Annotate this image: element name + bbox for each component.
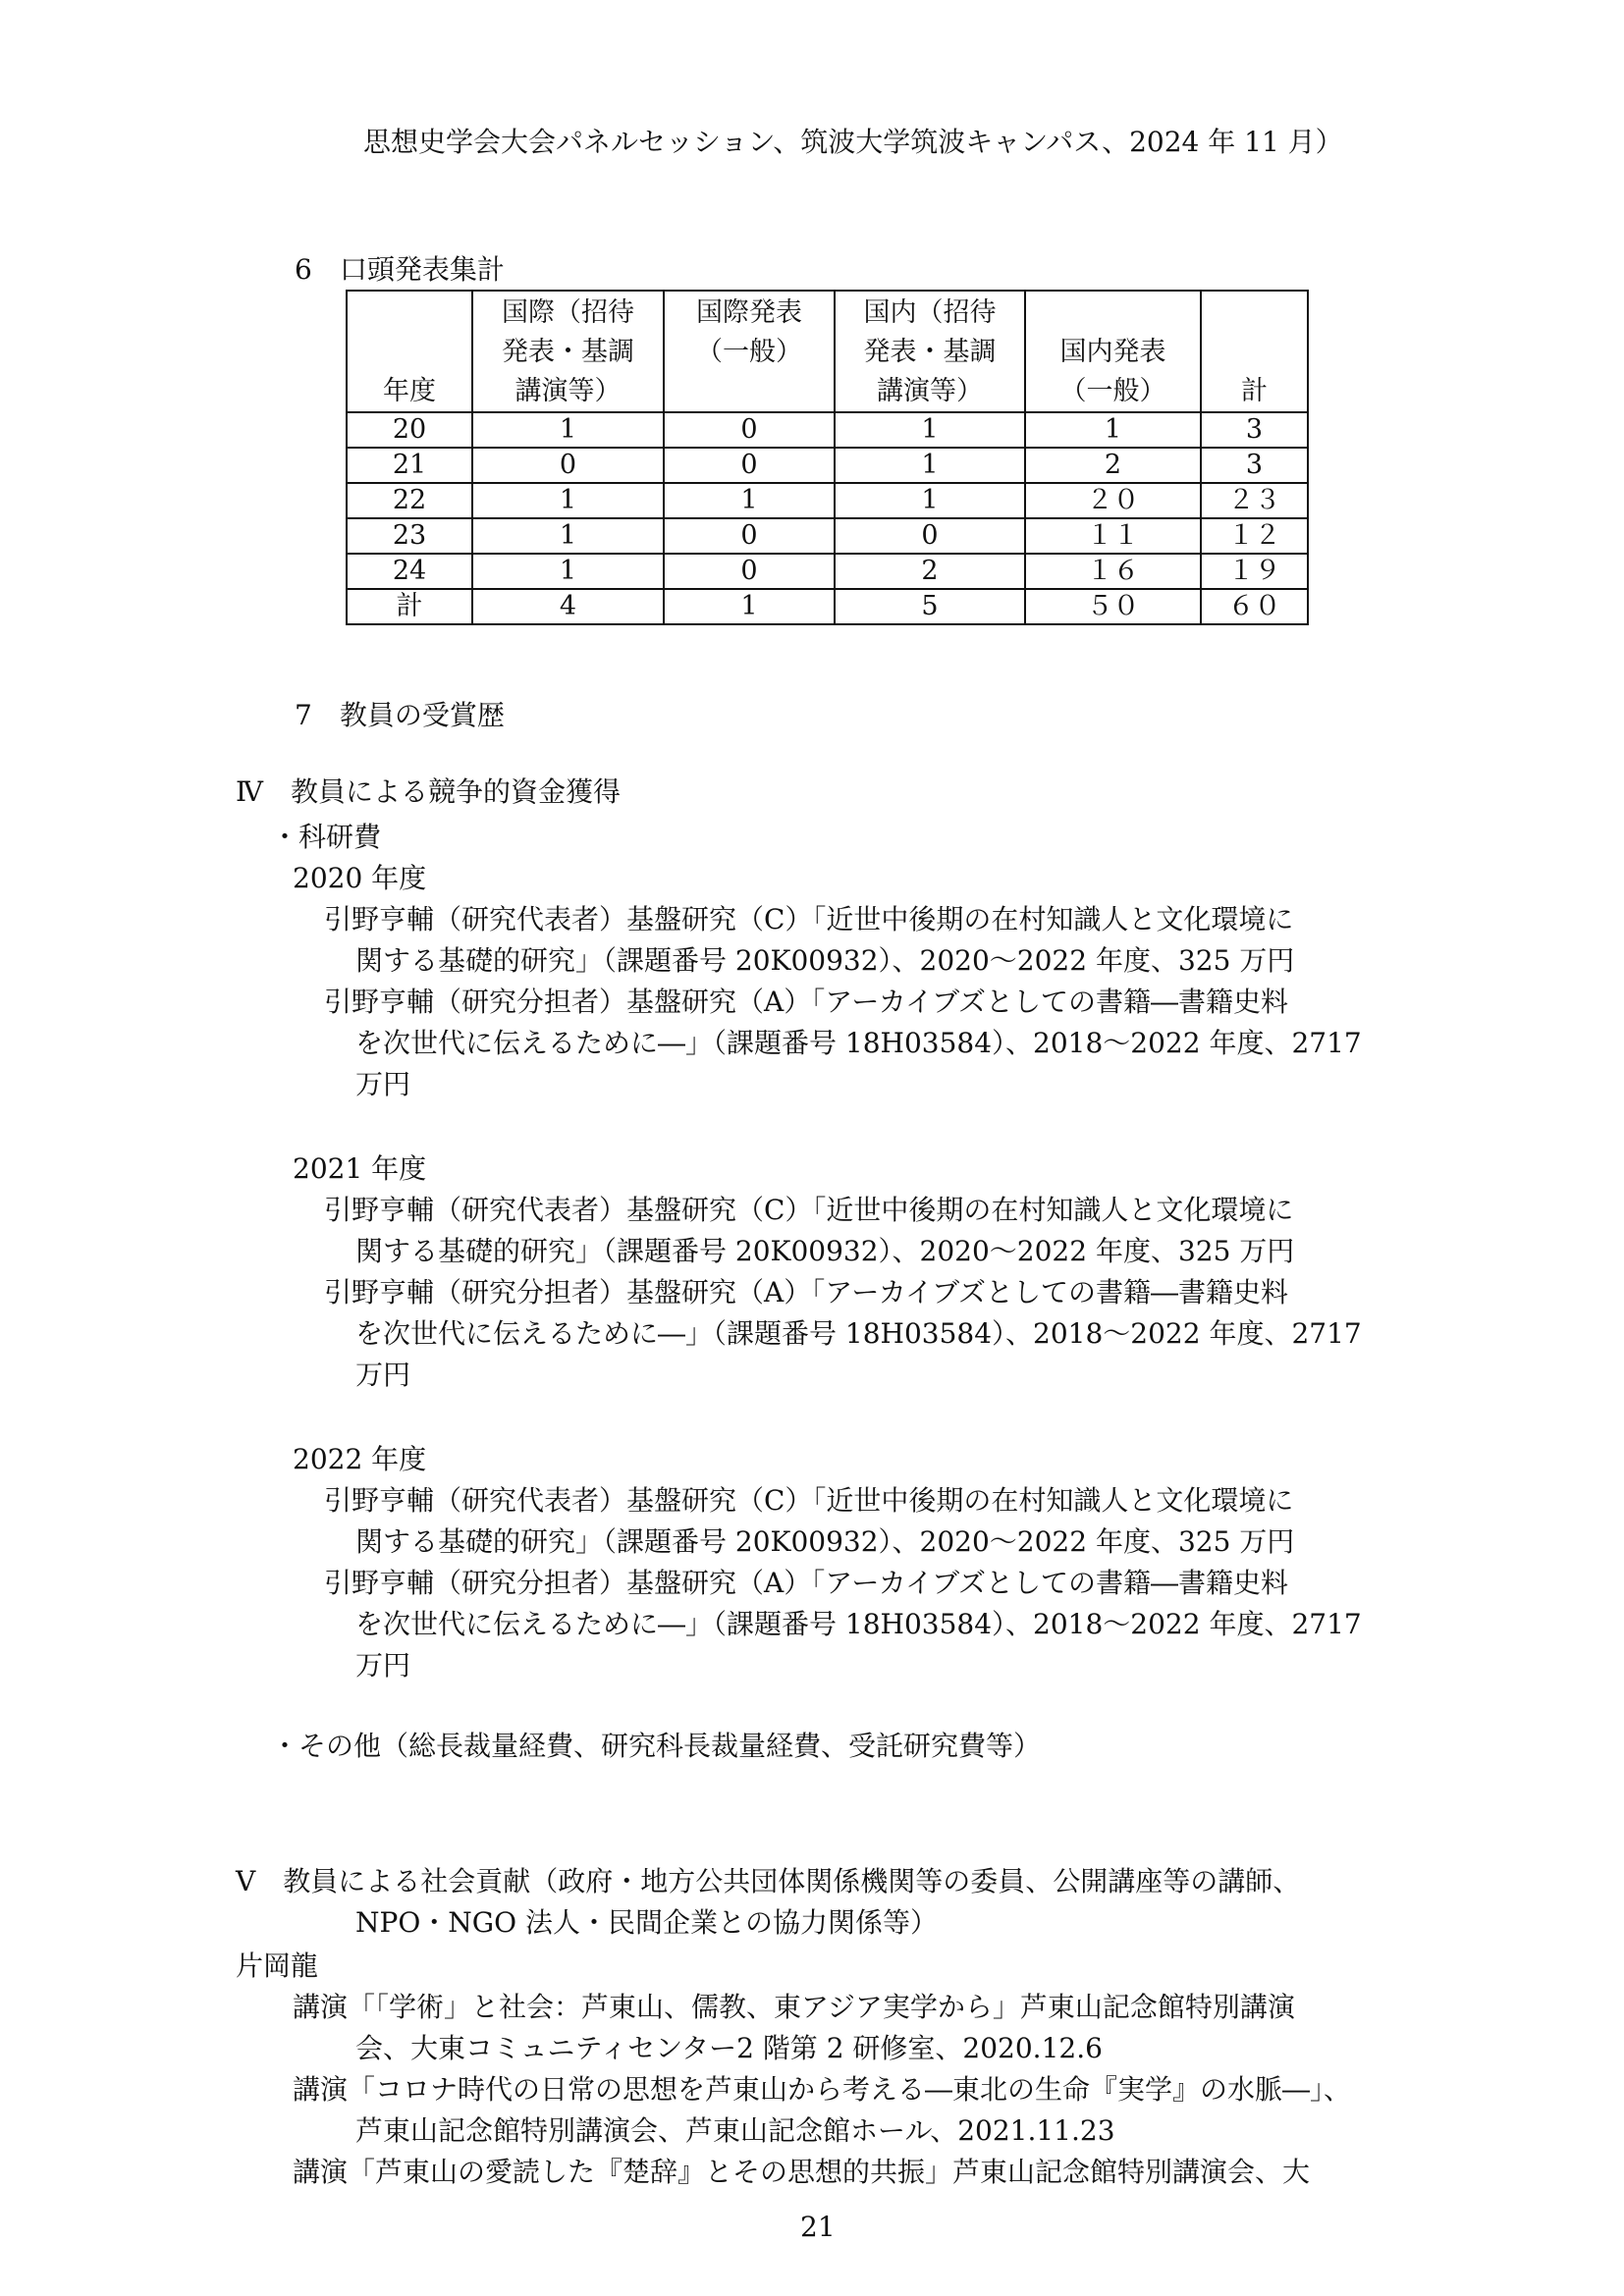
section-v-title: Ⅴ 教員による社会貢献（政府・地方公共団体関係機関等の委員、公開講座等の講師、 [236,1865,1300,1898]
grant-entry-line: 引野亨輔（研究分担者）基盤研究（A）「アーカイブズとしての書籍―書籍史料 [324,1276,1288,1309]
table-row: 23 1 0 0 １１ １２ [347,518,1308,554]
other-funding-label: ・その他（総長裁量経費、研究科長裁量経費、受託研究費等） [271,1730,1041,1763]
col-header-intl-general: 国際発表（一般） [664,291,835,412]
cell: 1 [664,589,835,624]
col-header-intl-invited: 国際（招待発表・基調講演等） [472,291,664,412]
table-row: 20 1 0 1 1 3 [347,412,1308,448]
lecture-entry-line: 会、大東コミュニティセンター2 階第 2 研修室、2020.12.6 [355,2032,1103,2065]
cell: １９ [1201,554,1308,589]
cell: 0 [664,412,835,448]
grant-entry-line: 引野亨輔（研究代表者）基盤研究（C）「近世中後期の在村知識人と文化環境に [324,1194,1293,1227]
cell: 20 [347,412,472,448]
cell: 1 [835,412,1025,448]
cell: 1 [835,448,1025,483]
lecture-entry-line: 講演「コロナ時代の日常の思想を芦東山から考える―東北の生命『実学』の水脈―」、 [293,2073,1351,2107]
cell: 2 [835,554,1025,589]
section-7-title: 7 教員の受賞歴 [295,699,505,732]
page-number: 21 [800,2211,836,2244]
cell: 0 [835,518,1025,554]
section-6-title: 6 口頭発表集計 [295,253,505,287]
cell: １２ [1201,518,1308,554]
cell: 0 [664,448,835,483]
cell: 1 [835,483,1025,518]
cell: 3 [1201,448,1308,483]
cell: 24 [347,554,472,589]
col-header-domestic-invited: 国内（招待発表・基調講演等） [835,291,1025,412]
section-v-title-cont: NPO・NGO 法人・民間企業との協力関係等） [355,1906,938,1940]
grant-entry-line: 関する基礎的研究」（課題番号 20K00932）、2020～2022 年度、32… [355,944,1294,978]
year-heading-2021: 2021 年度 [293,1152,426,1186]
cell: 2 [1025,448,1201,483]
cell: 23 [347,518,472,554]
cell: 1 [472,412,664,448]
grant-entry-line: を次世代に伝えるために―」（課題番号 18H03584）、2018～2022 年… [355,1608,1362,1641]
cell: ５０ [1025,589,1201,624]
person-name: 片岡龍 [236,1949,318,1983]
cell: 1 [472,554,664,589]
year-heading-2022: 2022 年度 [293,1443,426,1476]
cell: 1 [664,483,835,518]
cell: ６０ [1201,589,1308,624]
cell: 0 [664,518,835,554]
grant-entry-line: 引野亨輔（研究代表者）基盤研究（C）「近世中後期の在村知識人と文化環境に [324,903,1293,936]
cell: 21 [347,448,472,483]
col-header-domestic-general: 国内発表（一般） [1025,291,1201,412]
cell: 1 [1025,412,1201,448]
grant-entry-line: 万円 [355,1068,410,1101]
cell: １１ [1025,518,1201,554]
cell: 0 [472,448,664,483]
cell: 1 [472,483,664,518]
cell: 22 [347,483,472,518]
lecture-entry-line: 講演「「学術」と社会：芦東山、儒教、東アジア実学から」芦東山記念館特別講演 [293,1991,1295,2024]
grant-entry-line: を次世代に伝えるために―」（課題番号 18H03584）、2018～2022 年… [355,1317,1362,1351]
lecture-entry-line: 芦東山記念館特別講演会、芦東山記念館ホール、2021.11.23 [355,2114,1115,2148]
cell: 3 [1201,412,1308,448]
grant-entry-line: 引野亨輔（研究代表者）基盤研究（C）「近世中後期の在村知識人と文化環境に [324,1484,1293,1518]
lecture-entry-line: 講演「芦東山の愛読した『楚辞』とその思想的共振」芦東山記念館特別講演会、大 [293,2156,1310,2189]
kaken-label: ・科研費 [271,821,381,854]
cell: 5 [835,589,1025,624]
section-iv-title: Ⅳ 教員による競争的資金獲得 [236,775,621,809]
cell: 4 [472,589,664,624]
grant-entry-line: 引野亨輔（研究分担者）基盤研究（A）「アーカイブズとしての書籍―書籍史料 [324,986,1288,1019]
grant-entry-line: 関する基礎的研究」（課題番号 20K00932）、2020～2022 年度、32… [355,1235,1294,1268]
table-row: 21 0 0 1 2 3 [347,448,1308,483]
grant-entry-line: 引野亨輔（研究分担者）基盤研究（A）「アーカイブズとしての書籍―書籍史料 [324,1567,1288,1600]
grant-entry-line: 万円 [355,1649,410,1682]
table-row: 24 1 0 2 １６ １９ [347,554,1308,589]
cell: 1 [472,518,664,554]
col-header-total: 計 [1201,291,1308,412]
col-header-year: 年度 [347,291,472,412]
page-header: 思想史学会大会パネルセッション、筑波大学筑波キャンパス、2024 年 11 月） [363,126,1343,159]
table-row: 22 1 1 1 ２０ ２３ [347,483,1308,518]
table-total-row: 計 4 1 5 ５０ ６０ [347,589,1308,624]
table-header-row: 年度 国際（招待発表・基調講演等） 国際発表（一般） 国内（招待発表・基調講演等… [347,291,1308,412]
grant-entry-line: 関する基礎的研究」（課題番号 20K00932）、2020～2022 年度、32… [355,1525,1294,1559]
cell: 計 [347,589,472,624]
cell: ２０ [1025,483,1201,518]
cell: １６ [1025,554,1201,589]
cell: 0 [664,554,835,589]
year-heading-2020: 2020 年度 [293,862,426,895]
grant-entry-line: 万円 [355,1359,410,1392]
grant-entry-line: を次世代に伝えるために―」（課題番号 18H03584）、2018～2022 年… [355,1027,1362,1060]
oral-presentation-table: 年度 国際（招待発表・基調講演等） 国際発表（一般） 国内（招待発表・基調講演等… [346,290,1309,625]
cell: ２３ [1201,483,1308,518]
